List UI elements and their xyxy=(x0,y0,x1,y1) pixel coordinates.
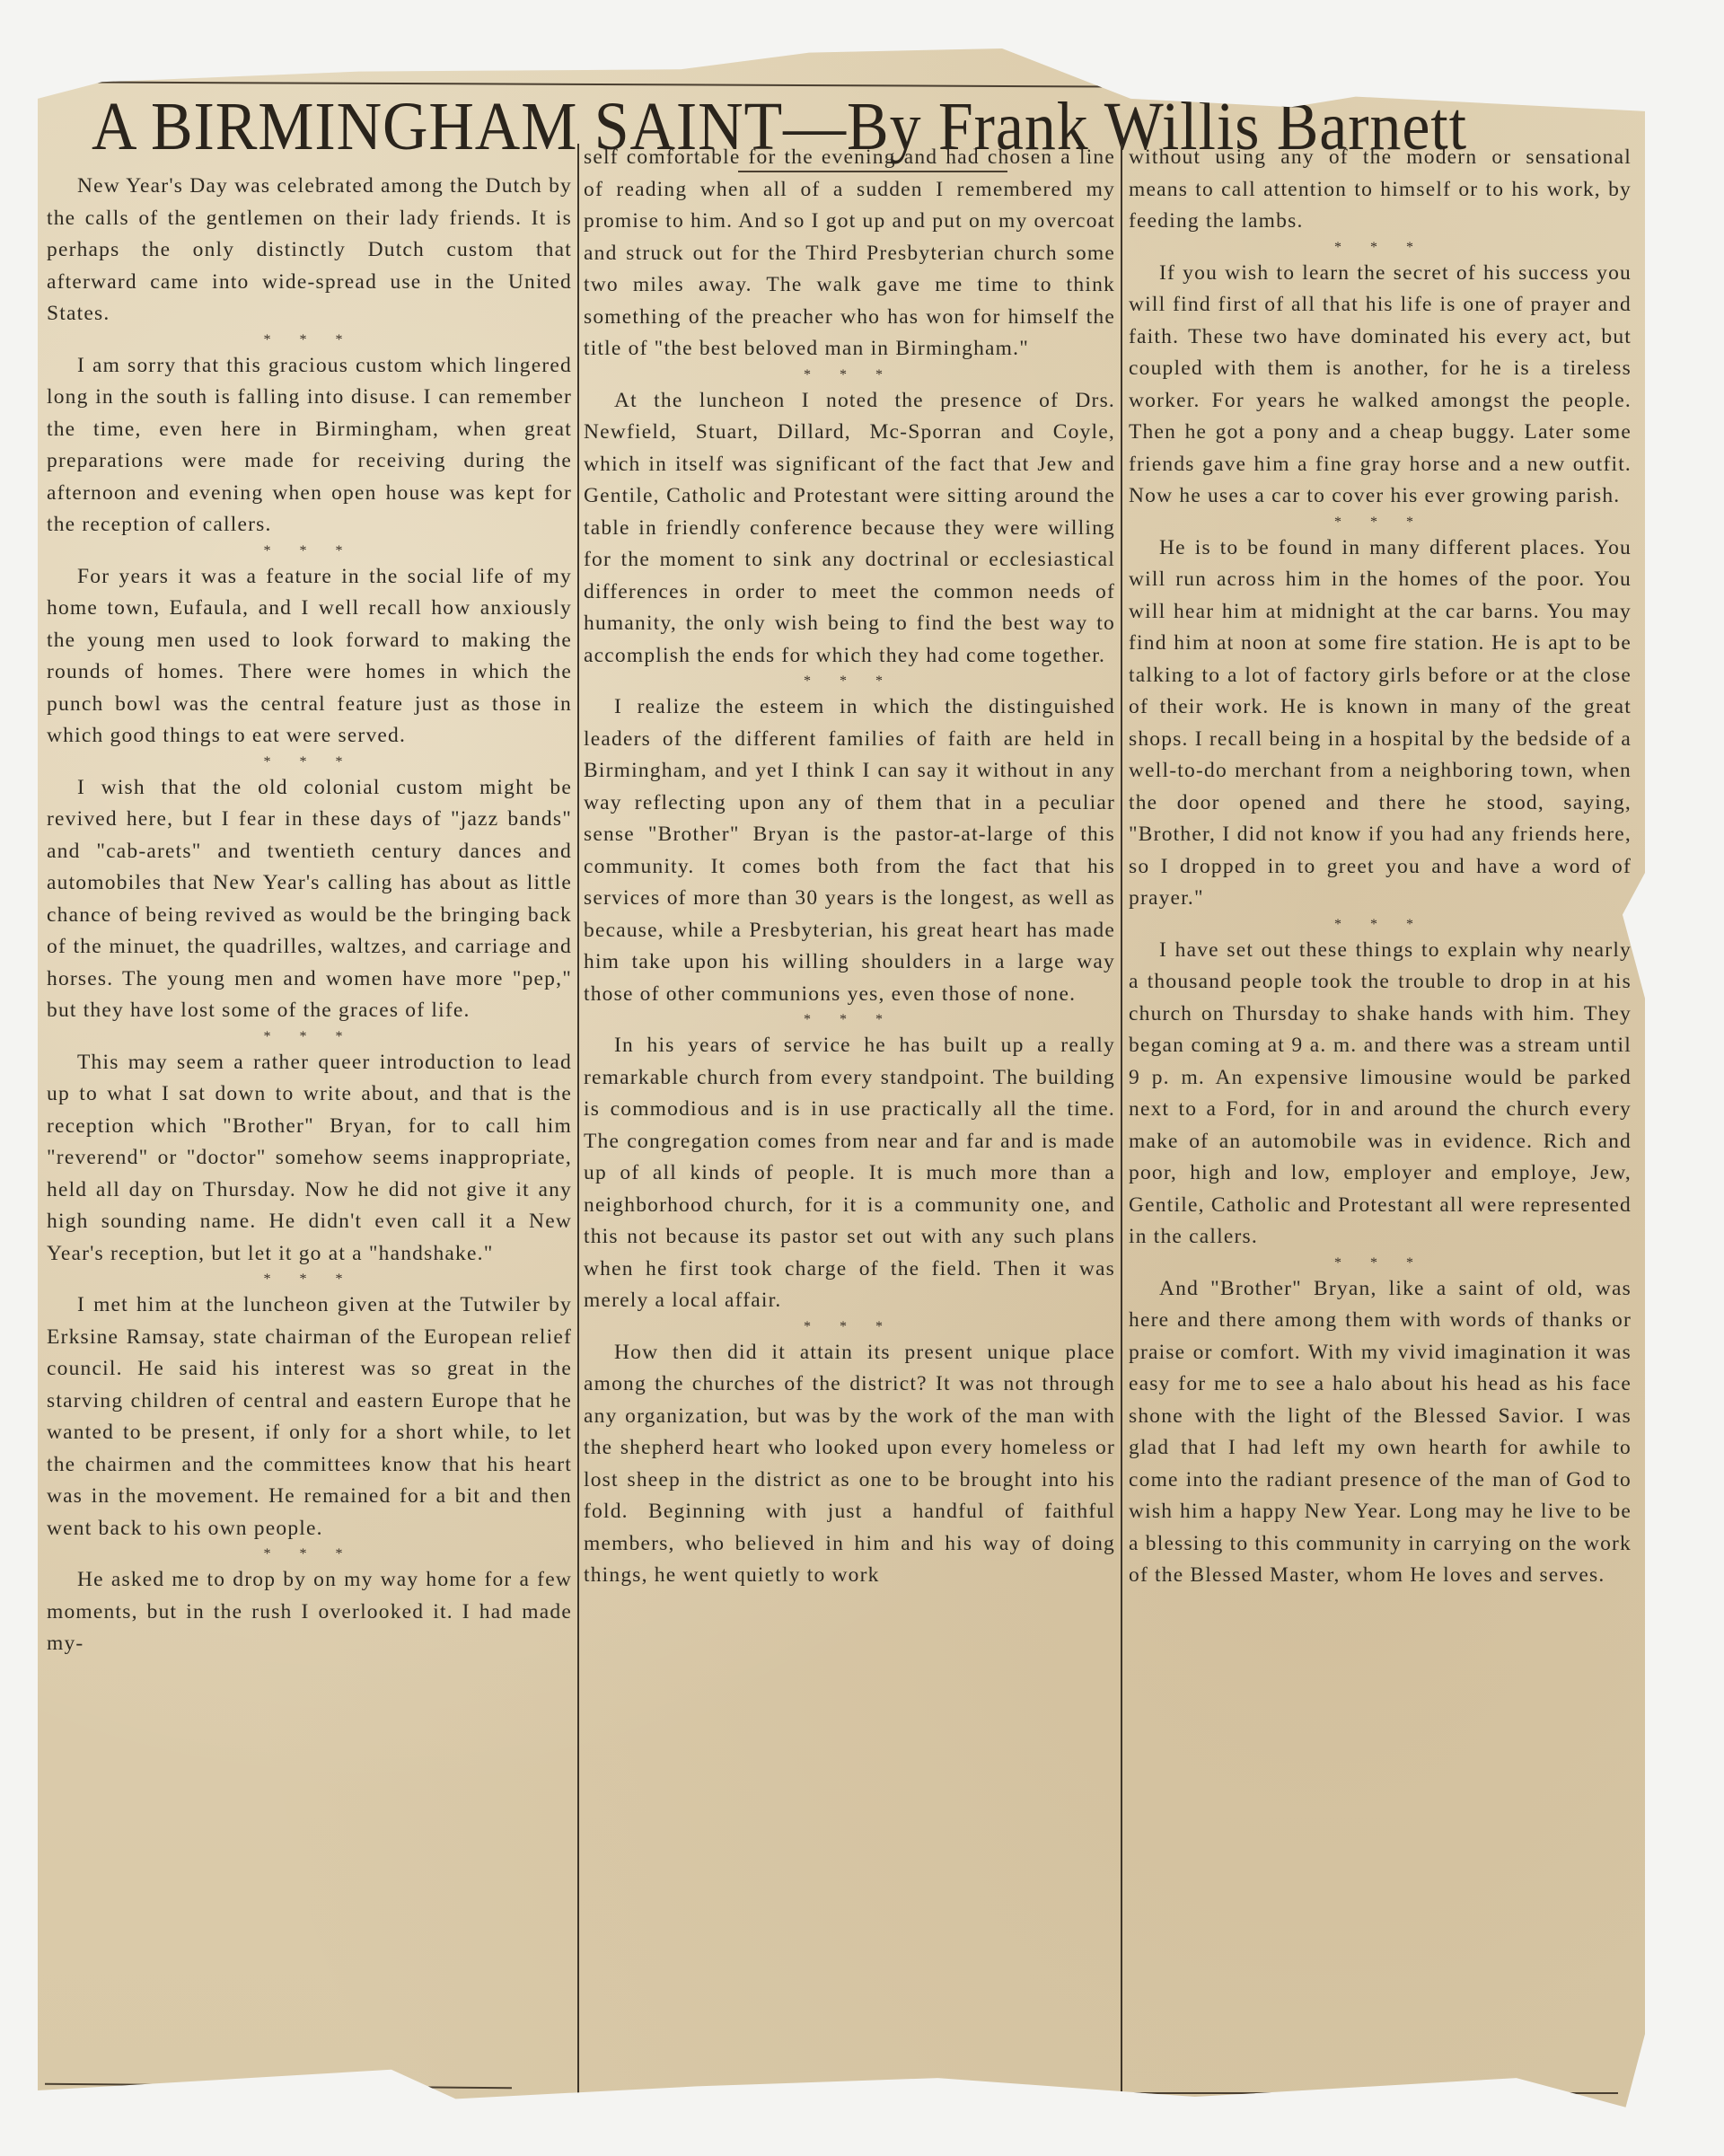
section-separator: * * * xyxy=(1129,1254,1632,1273)
column-divider xyxy=(577,144,579,2119)
section-separator: * * * xyxy=(1129,238,1632,258)
section-separator: * * * xyxy=(584,365,1115,385)
article-paragraph: I wish that the old colonial custom migh… xyxy=(47,772,572,1027)
article-paragraph: For years it was a feature in the social… xyxy=(47,561,572,752)
article-paragraph: He is to be found in many different plac… xyxy=(1129,532,1632,915)
article-paragraph: I realize the esteem in which the distin… xyxy=(584,691,1115,1010)
section-separator: * * * xyxy=(47,1270,572,1289)
section-separator: * * * xyxy=(584,1010,1115,1030)
section-separator: * * * xyxy=(1129,513,1632,532)
section-separator: * * * xyxy=(1129,915,1632,935)
article-paragraph: I am sorry that this gracious custom whi… xyxy=(47,350,572,541)
bottom-rule xyxy=(45,2083,512,2090)
article-paragraph: I have set out these things to explain w… xyxy=(1129,935,1632,1254)
article-paragraph: New Year's Day was celebrated among the … xyxy=(47,171,572,330)
newspaper-clipping: the key. A BIRMINGHAM SAINT—By Frank Wil… xyxy=(38,36,1645,2128)
column-divider xyxy=(1121,144,1122,2119)
article-paragraph: At the luncheon I noted the presence of … xyxy=(584,385,1115,673)
section-separator: * * * xyxy=(47,541,572,561)
section-separator: * * * xyxy=(47,1544,572,1564)
section-separator: * * * xyxy=(47,330,572,350)
clipping-kicker: the key. xyxy=(621,38,684,58)
article-paragraph: And "Brother" Bryan, like a saint of old… xyxy=(1129,1273,1632,1592)
section-separator: * * * xyxy=(584,1317,1115,1337)
article-paragraph: This may seem a rather queer introductio… xyxy=(47,1047,572,1271)
article-paragraph: I met him at the luncheon given at the T… xyxy=(47,1289,572,1544)
article-column-1: New Year's Day was celebrated among the … xyxy=(47,171,572,1660)
section-separator: * * * xyxy=(47,1027,572,1047)
article-paragraph: If you wish to learn the secret of his s… xyxy=(1129,258,1632,513)
section-separator: * * * xyxy=(584,672,1115,691)
bottom-rule xyxy=(1115,2092,1618,2094)
section-separator: * * * xyxy=(47,752,572,772)
article-paragraph: In his years of service he has built up … xyxy=(584,1030,1115,1317)
article-paragraph: self comfortable for the evening and had… xyxy=(584,142,1115,365)
article-column-2: self comfortable for the evening and had… xyxy=(584,142,1115,1592)
article-paragraph: without using any of the modern or sensa… xyxy=(1129,142,1632,238)
article-paragraph: He asked me to drop by on my way home fo… xyxy=(47,1564,572,1660)
article-column-3: without using any of the modern or sensa… xyxy=(1129,142,1632,1592)
article-paragraph: How then did it attain its present uniqu… xyxy=(584,1337,1115,1592)
